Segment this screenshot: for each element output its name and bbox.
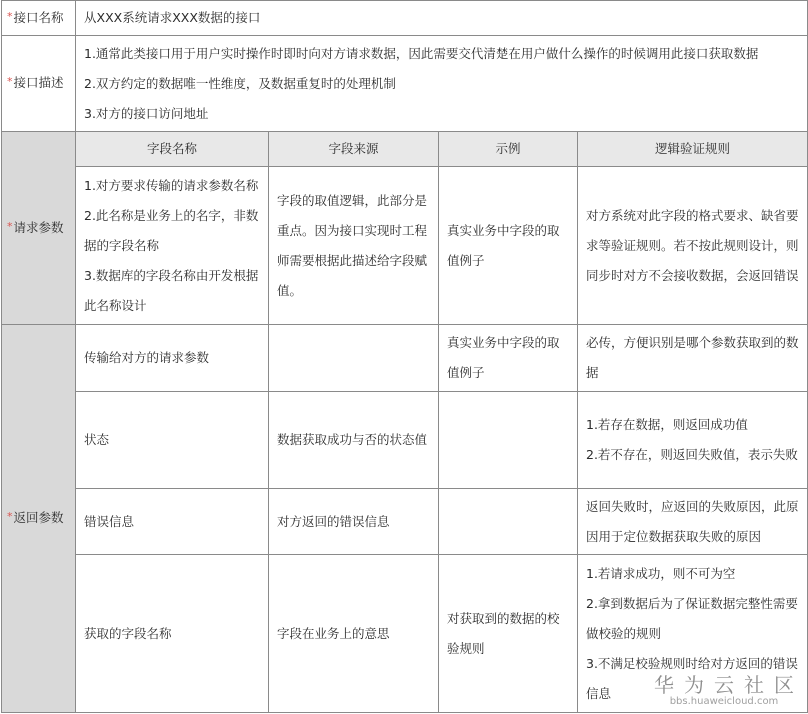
interface-name-value: 从XXX系统请求XXX数据的接口 [76,1,808,36]
return-validation: 1.若存在数据，则返回成功值 2.若不存在，则返回失败值，表示失败 [578,392,808,489]
column-header-field-name: 字段名称 [76,132,269,167]
required-marker: * [7,75,13,88]
required-marker: * [7,510,13,523]
column-header-example: 示例 [439,132,578,167]
request-param-row: 1.对方要求传输的请求参数名称 2.此名称是业务上的名字，非数据的字段名称 3.… [2,167,808,325]
return-example [439,489,578,555]
request-field-name: 1.对方要求传输的请求参数名称 2.此名称是业务上的名字，非数据的字段名称 3.… [76,167,269,325]
watermark-url: bbs.huaweicloud.com [654,696,794,708]
request-validation: 对方系统对此字段的格式要求、缺省要求等验证规则。若不按此规则设计，则同步时对方不… [578,167,808,325]
desc-line: 3.对方的接口访问地址 [84,99,799,129]
interface-desc-value: 1.通常此类接口用于用户实时操作时即时向对方请求数据，因此需要交代清楚在用户做什… [76,36,808,132]
watermark: 华为云社区 bbs.huaweicloud.com [654,674,794,708]
row-columns-header: *请求参数 字段名称 字段来源 示例 逻辑验证规则 [2,132,808,167]
required-marker: * [7,220,13,233]
interface-spec-table: *接口名称 从XXX系统请求XXX数据的接口 *接口描述 1.通常此类接口用于用… [1,0,808,713]
return-param-row: 错误信息 对方返回的错误信息 返回失败时，应返回的失败原因，此原因用于定位数据获… [2,489,808,555]
return-field-name: 传输给对方的请求参数 [76,325,269,392]
row-interface-name: *接口名称 从XXX系统请求XXX数据的接口 [2,1,808,36]
column-header-validation: 逻辑验证规则 [578,132,808,167]
return-field-source: 字段在业务上的意思 [269,555,439,713]
interface-name-label: *接口名称 [2,1,76,36]
interface-desc-label: *接口描述 [2,36,76,132]
return-field-name: 获取的字段名称 [76,555,269,713]
request-example: 真实业务中字段的取值例子 [439,167,578,325]
return-field-source: 对方返回的错误信息 [269,489,439,555]
required-marker: * [7,10,13,23]
return-validation: 必传，方便识别是哪个参数获取到的数据 [578,325,808,392]
desc-line: 2.双方约定的数据唯一性维度，及数据重复时的处理机制 [84,69,799,99]
column-header-field-source: 字段来源 [269,132,439,167]
return-validation: 返回失败时，应返回的失败原因，此原因用于定位数据获取失败的原因 [578,489,808,555]
return-params-label: *返回参数 [2,325,76,713]
return-param-row: 状态 数据获取成功与否的状态值 1.若存在数据，则返回成功值 2.若不存在，则返… [2,392,808,489]
return-param-row: *返回参数 传输给对方的请求参数 真实业务中字段的取值例子 必传，方便识别是哪个… [2,325,808,392]
return-example [439,392,578,489]
return-example: 对获取到的数据的校验规则 [439,555,578,713]
return-example: 真实业务中字段的取值例子 [439,325,578,392]
return-field-name: 状态 [76,392,269,489]
request-field-source: 字段的取值逻辑，此部分是重点。因为接口实现时工程师需要根据此描述给字段赋值。 [269,167,439,325]
watermark-cn: 华为云社区 [654,674,804,696]
return-field-name: 错误信息 [76,489,269,555]
desc-line: 1.通常此类接口用于用户实时操作时即时向对方请求数据，因此需要交代清楚在用户做什… [84,39,799,69]
row-interface-desc: *接口描述 1.通常此类接口用于用户实时操作时即时向对方请求数据，因此需要交代清… [2,36,808,132]
request-params-label: *请求参数 [2,132,76,325]
return-field-source [269,325,439,392]
return-field-source: 数据获取成功与否的状态值 [269,392,439,489]
